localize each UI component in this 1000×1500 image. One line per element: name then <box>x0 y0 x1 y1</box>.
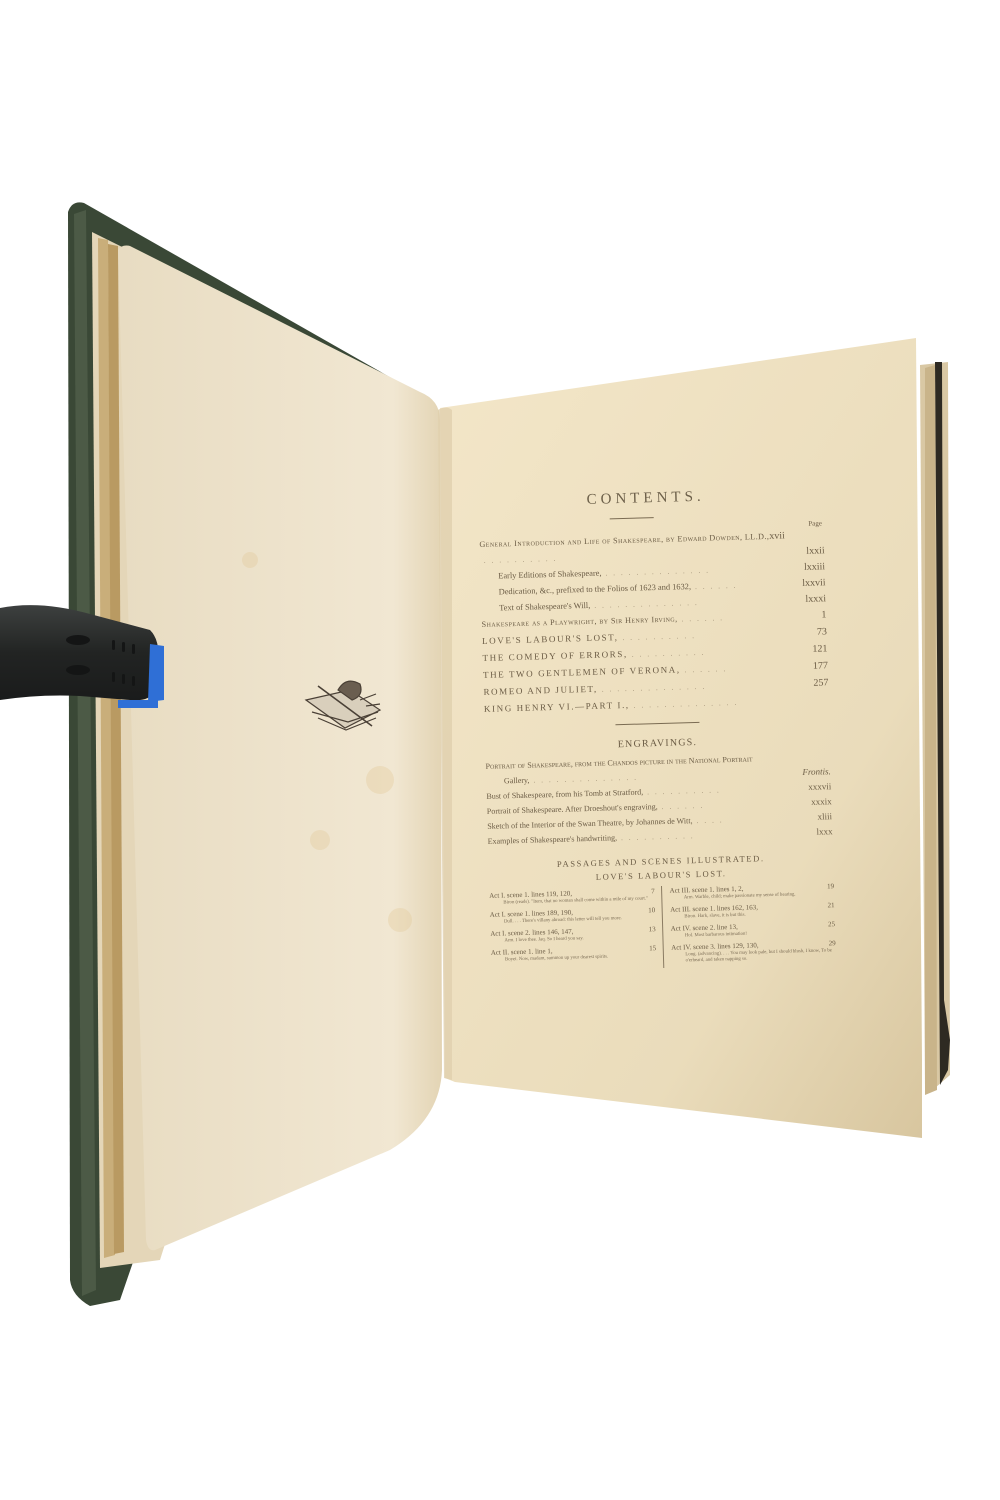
passage-entry: Act I. scene 1. lines 189, 190,10 Dull. … <box>490 905 656 926</box>
passage-entry: Act IV. scene 2. line 13,25 Hol. Most ba… <box>671 919 836 940</box>
passage-entry: Act I. scene 1. lines 119, 120,7 Biron (… <box>489 886 655 907</box>
passages-columns: Act I. scene 1. lines 119, 120,7 Biron (… <box>489 881 836 973</box>
contents-list: General Introduction and Life of Shakesp… <box>479 527 829 718</box>
passage-entry: Act I. scene 2. lines 146, 147,13 Arm. I… <box>490 924 656 945</box>
passage-entry: Act IV. scene 3. lines 129, 130,29 Long.… <box>671 938 836 965</box>
contents-page: CONTENTS. Page General Introduction and … <box>478 485 836 972</box>
right-page-block <box>920 362 950 1095</box>
engravings-list: Portrait of Shakespeare, from the Chando… <box>485 750 832 849</box>
passage-entry: Act III. scene 1. lines 1, 2,19 Arm. War… <box>669 881 834 902</box>
title-rule <box>609 517 653 519</box>
section-rule <box>615 722 699 725</box>
passages-right-column: Act III. scene 1. lines 1, 2,19 Arm. War… <box>661 881 836 968</box>
passage-entry: Act II. scene 1. line 1,15 Boyet. Now, m… <box>491 943 657 964</box>
passage-entry: Act III. scene 1. lines 162, 163,21 Biro… <box>670 900 835 921</box>
left-page <box>118 246 442 1251</box>
passages-left-column: Act I. scene 1. lines 119, 120,7 Biron (… <box>489 886 664 973</box>
